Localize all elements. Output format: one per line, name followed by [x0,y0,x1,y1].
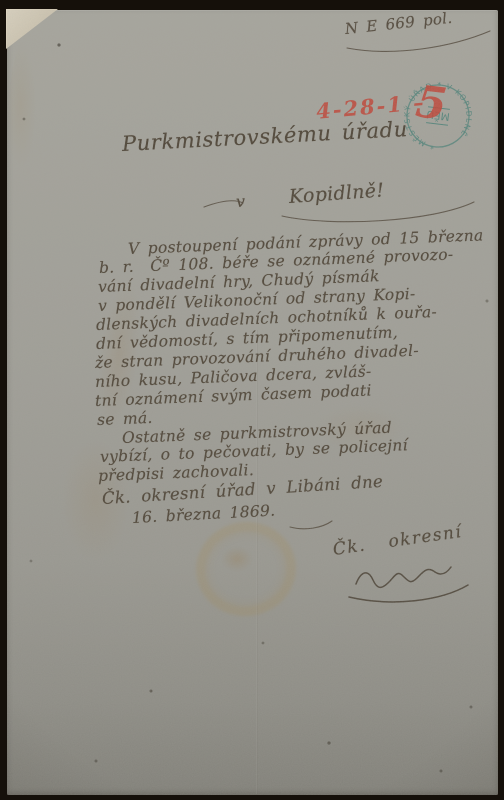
photographed-document: { "photo": { "background_color": "#15100… [0,0,504,800]
red-archival-number: 5 [413,76,450,130]
paper-speckles [0,0,2,2]
body-line-10: se má. [97,409,153,429]
place-prefix: v [236,192,246,211]
